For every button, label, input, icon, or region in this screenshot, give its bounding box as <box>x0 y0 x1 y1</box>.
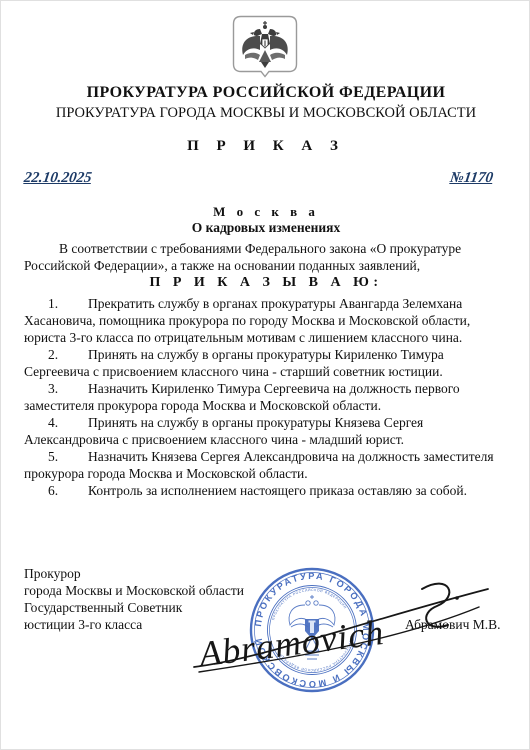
document-type-title: П Р И К А З <box>1 138 530 155</box>
order-items: 1.Прекратить службу в органах прокуратур… <box>24 295 508 499</box>
order-item-4: 4.Принять на службу в органы прокуратуры… <box>24 414 508 448</box>
document-number: №1170 <box>450 170 493 187</box>
order-item-5: 5.Назначить Князева Сергея Александрович… <box>24 448 508 482</box>
decree-word: П Р И К А З Ы В А Ю: <box>1 275 530 291</box>
signer-name: Абрамович М.В. <box>405 617 501 633</box>
signature-script-text: Abramovich <box>195 612 386 675</box>
document-page: ПРОКУРАТУРА РОССИЙСКОЙ ФЕДЕРАЦИИ ПРОКУРА… <box>0 0 530 750</box>
coat-of-arms-icon <box>232 15 298 79</box>
order-item-6: 6.Контроль за исполнением настоящего при… <box>24 482 508 499</box>
org-name-line1: ПРОКУРАТУРА РОССИЙСКОЙ ФЕДЕРАЦИИ <box>1 84 530 102</box>
preamble-paragraph: В соответствии с требованиями Федерально… <box>24 240 508 274</box>
document-subject: О кадровых изменениях <box>1 220 530 236</box>
document-city: М о с к в а <box>1 204 530 220</box>
order-item-3: 3.Назначить Кириленко Тимура Сергеевича … <box>24 380 508 414</box>
document-date: 22.10.2025 <box>24 170 92 187</box>
order-item-2: 2.Принять на службу в органы прокуратуры… <box>24 346 508 380</box>
order-item-1: 1.Прекратить службу в органах прокуратур… <box>24 295 508 346</box>
org-name-line2: ПРОКУРАТУРА ГОРОДА МОСКВЫ И МОСКОВСКОЙ О… <box>1 105 530 122</box>
